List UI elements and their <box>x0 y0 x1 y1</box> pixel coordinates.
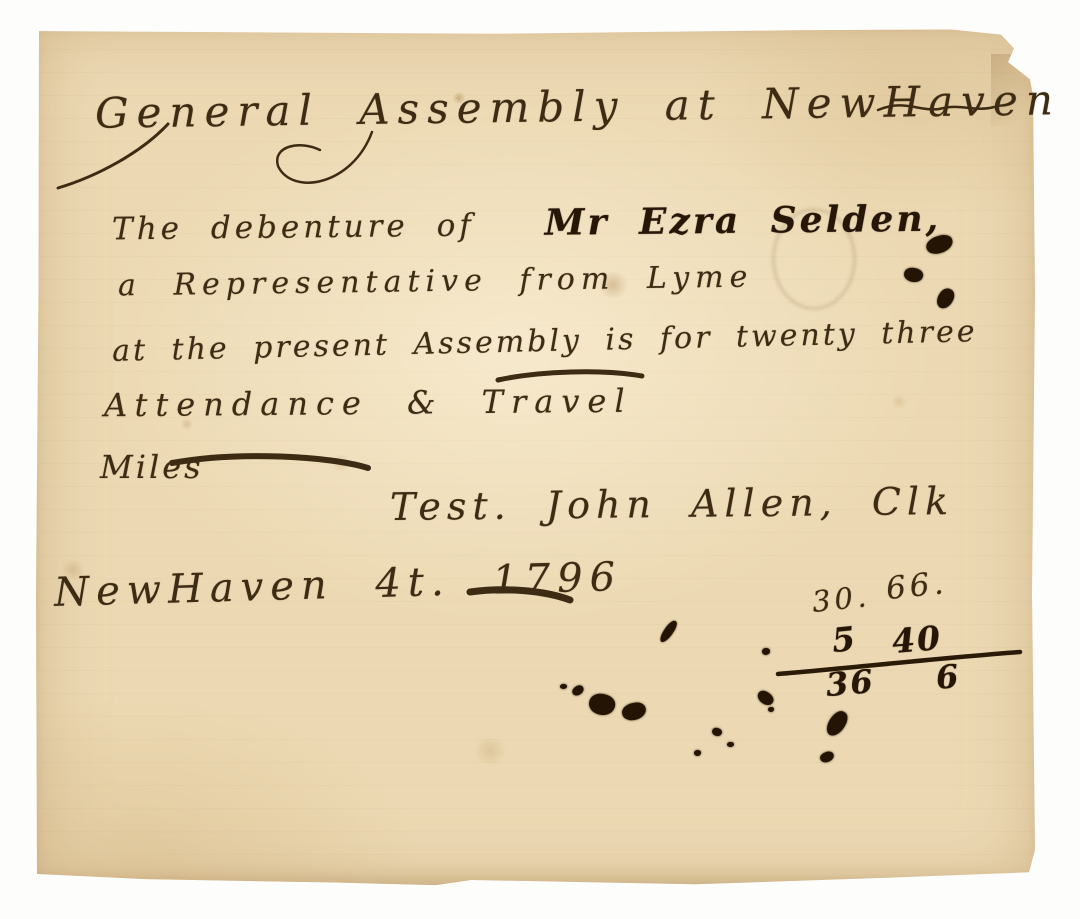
debenture-prefix: The debenture of <box>112 208 475 248</box>
calc-row1-left: 30. <box>810 579 871 619</box>
calc-row1-right: 66. <box>884 565 949 607</box>
calc-row2-right: 40 <box>890 618 943 661</box>
attendance-line: Attendance & Travel <box>104 382 633 425</box>
debenture-name: Mr Ezra Selden, <box>544 198 941 244</box>
miles-line: Miles <box>100 448 204 486</box>
calc-row3-left: 36 <box>824 662 876 704</box>
scanned-document: General Assembly at NewHaven The debentu… <box>0 0 1080 919</box>
calc-row2-left: 5 <box>830 619 857 660</box>
attestation-line: Test. John Allen, Clk <box>390 479 955 529</box>
debenture-line: The debenture of Mr Ezra Selden, <box>112 198 941 249</box>
calc-row3-right: 6 <box>934 657 959 697</box>
